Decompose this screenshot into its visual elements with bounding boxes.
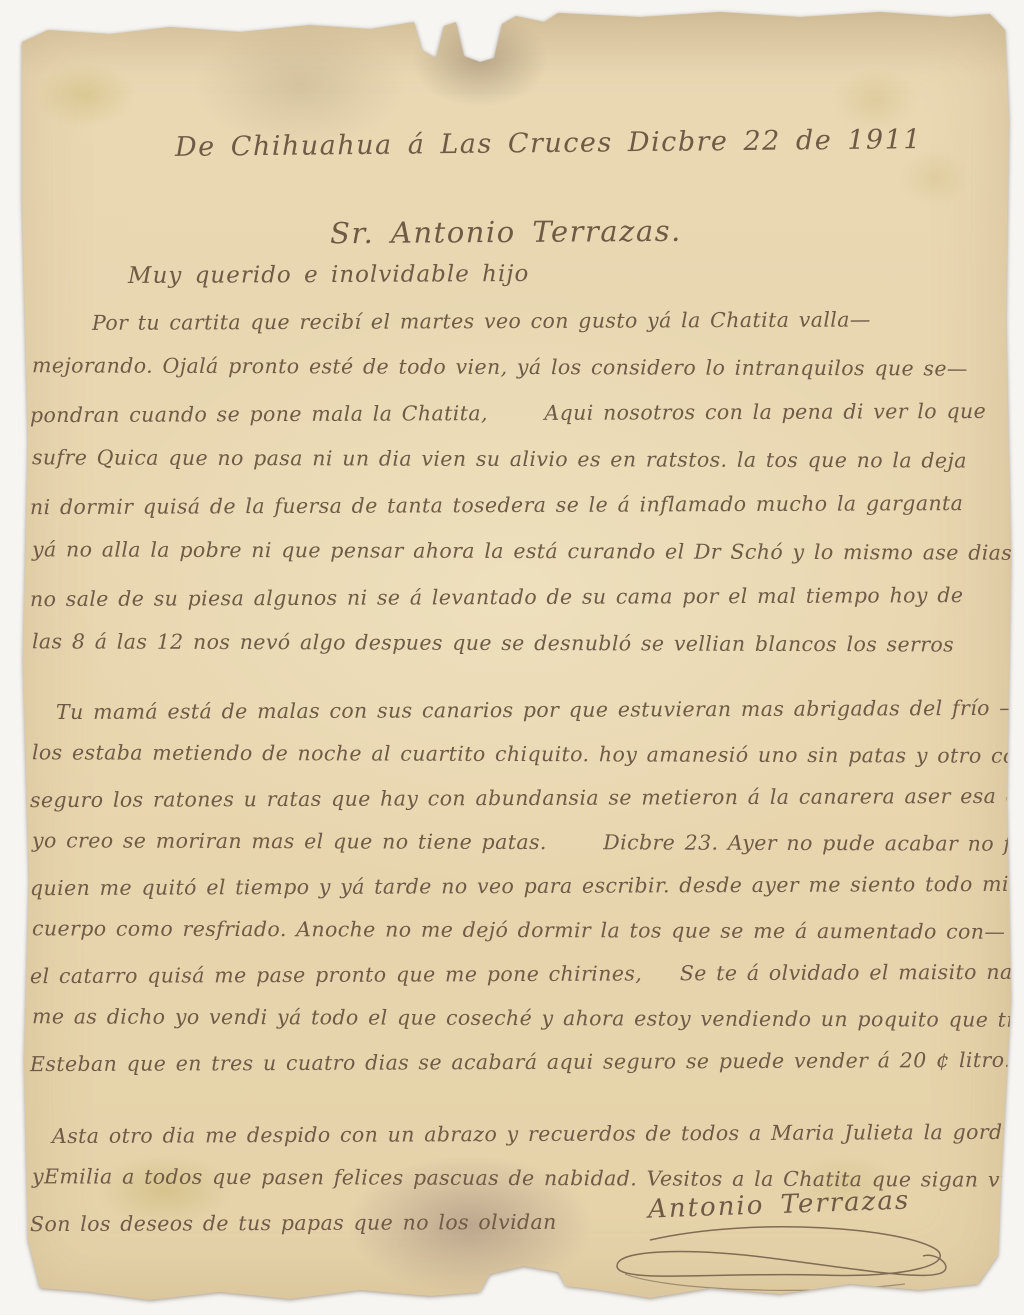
letter-line: pondran cuando se pone mala la Chatita, … bbox=[30, 388, 1005, 438]
letter-line: las 8 á las 12 nos nevó algo despues que… bbox=[32, 618, 1007, 667]
paper-wrap: De Chihuahua á Las Cruces Dicbre 22 de 1… bbox=[0, 0, 1024, 1315]
letter-line: Por tu cartita que recibí el martes veo … bbox=[30, 296, 1005, 346]
paragraph: Tu mamá está de malas con sus canarios p… bbox=[30, 688, 1005, 1084]
letter-line: ni dormir quisá de la fuersa de tanta to… bbox=[30, 480, 1005, 530]
letter-line: me as dicho yo vendi yá todo el que cose… bbox=[32, 994, 1007, 1041]
letter-line: yá no alla la pobre ni que pensar ahora … bbox=[32, 526, 1007, 575]
letter-line: seguro los ratones u ratas que hay con a… bbox=[30, 774, 1005, 822]
letter-body: Por tu cartita que recibí el martes veo … bbox=[0, 0, 1024, 1315]
letter-line: Asta otro dia me despido con un abrazo y… bbox=[30, 1110, 1005, 1158]
letter-line: yo creo se moriran mas el que no tiene p… bbox=[32, 818, 1007, 865]
letter-line: sufre Quica que no pasa ni un dia vien s… bbox=[32, 434, 1007, 483]
letter-line: mejorando. Ojalá pronto esté de todo vie… bbox=[32, 342, 1007, 391]
letter-line: los estaba metiendo de noche al cuartito… bbox=[32, 730, 1007, 777]
letter-line: no sale de su piesa algunos ni se á leva… bbox=[30, 572, 1005, 622]
letter-scan: De Chihuahua á Las Cruces Dicbre 22 de 1… bbox=[0, 0, 1024, 1315]
letter-line: Esteban que en tres u cuatro dias se aca… bbox=[30, 1038, 1005, 1086]
letter-line: cuerpo como resfriado. Anoche no me dejó… bbox=[32, 906, 1007, 953]
signature-flourish-icon bbox=[605, 1222, 955, 1307]
aged-paper: De Chihuahua á Las Cruces Dicbre 22 de 1… bbox=[0, 0, 1024, 1315]
letter-line: quien me quitó el tiempo y yá tarde no v… bbox=[30, 862, 1005, 910]
paragraph: Por tu cartita que recibí el martes veo … bbox=[30, 298, 1005, 666]
letter-line: Tu mamá está de malas con sus canarios p… bbox=[30, 686, 1005, 734]
letter-line: el catarro quisá me pase pronto que me p… bbox=[30, 950, 1005, 998]
